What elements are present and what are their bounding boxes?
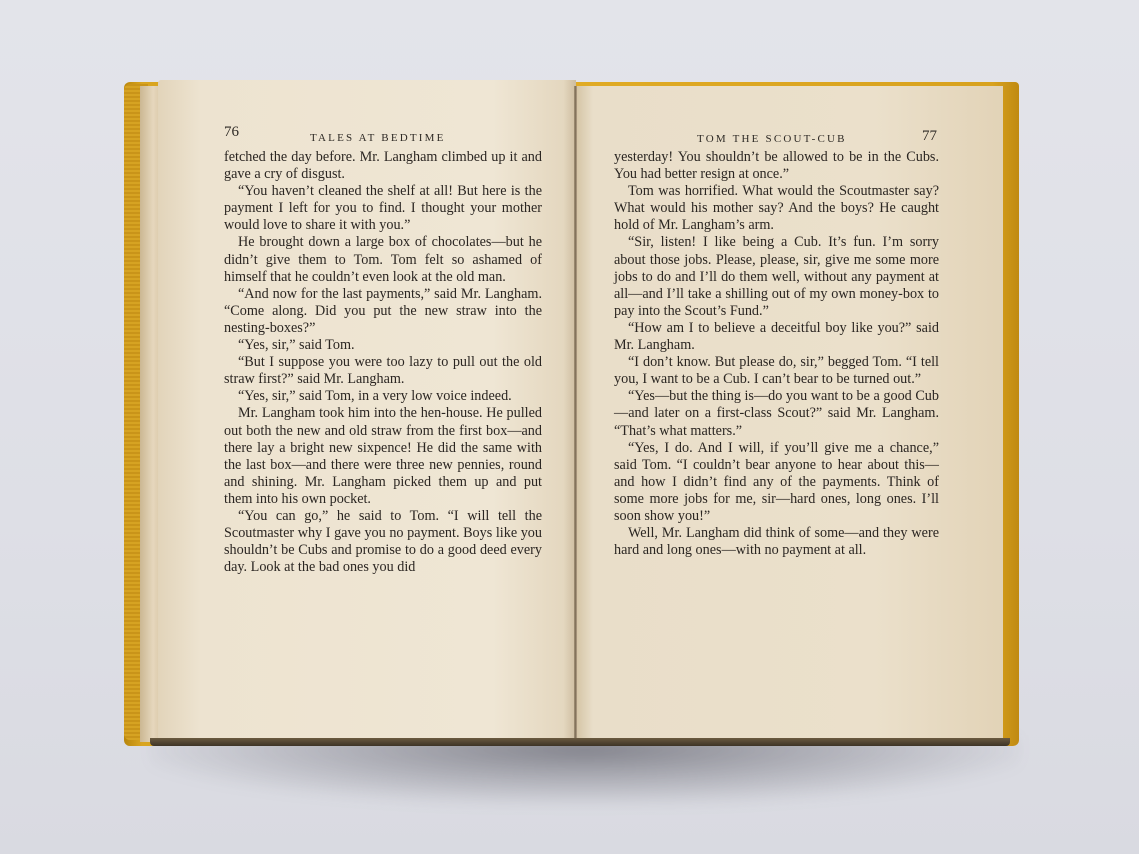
paragraph: “I don’t know. But please do, sir,” begg… (614, 354, 939, 388)
paragraph: Mr. Langham took him into the hen-house.… (224, 405, 542, 508)
paragraph: fetched the day before. Mr. Langham clim… (224, 149, 542, 183)
right-running-title: TOM THE SCOUT-CUB (697, 130, 847, 146)
right-folio: 77 (922, 128, 937, 145)
paragraph: “You can go,” he said to Tom. “I will te… (224, 508, 542, 576)
running-title: TOM THE SCOUT-CUB (697, 133, 847, 145)
paragraph: “And now for the last payments,” said Mr… (224, 286, 542, 337)
paragraph: “Yes, sir,” said Tom, in a very low voic… (224, 388, 542, 405)
paragraph: yesterday! You shouldn’t be allowed to b… (614, 149, 939, 183)
paragraph: “You haven’t cleaned the shelf at all! B… (224, 183, 542, 234)
paragraph: “Sir, listen! I like being a Cub. It’s f… (614, 234, 939, 319)
paragraph: He brought down a large box of chocolate… (224, 234, 542, 285)
paragraph: Well, Mr. Langham did think of some—and … (614, 525, 939, 559)
paragraph: “Yes, I do. And I will, if you’ll give m… (614, 440, 939, 525)
left-page-text: fetched the day before. Mr. Langham clim… (224, 149, 542, 576)
page-number: 76 (224, 124, 239, 140)
paragraph: Tom was horrified. What would the Scoutm… (614, 183, 939, 234)
paragraph: “Yes, sir,” said Tom. (224, 337, 542, 354)
page-number: 77 (922, 128, 937, 144)
paragraph: “How am I to believe a deceitful boy lik… (614, 320, 939, 354)
paragraph: “But I suppose you were too lazy to pull… (224, 354, 542, 388)
running-title: TALES AT BEDTIME (310, 132, 446, 144)
paragraph: “Yes—but the thing is—do you want to be … (614, 388, 939, 439)
page-bottom-edge (150, 738, 1010, 746)
left-running-title: TALES AT BEDTIME (310, 129, 446, 145)
book-gutter (574, 86, 577, 740)
left-folio: 76 (224, 124, 239, 141)
right-page-text: yesterday! You shouldn’t be allowed to b… (614, 149, 939, 559)
